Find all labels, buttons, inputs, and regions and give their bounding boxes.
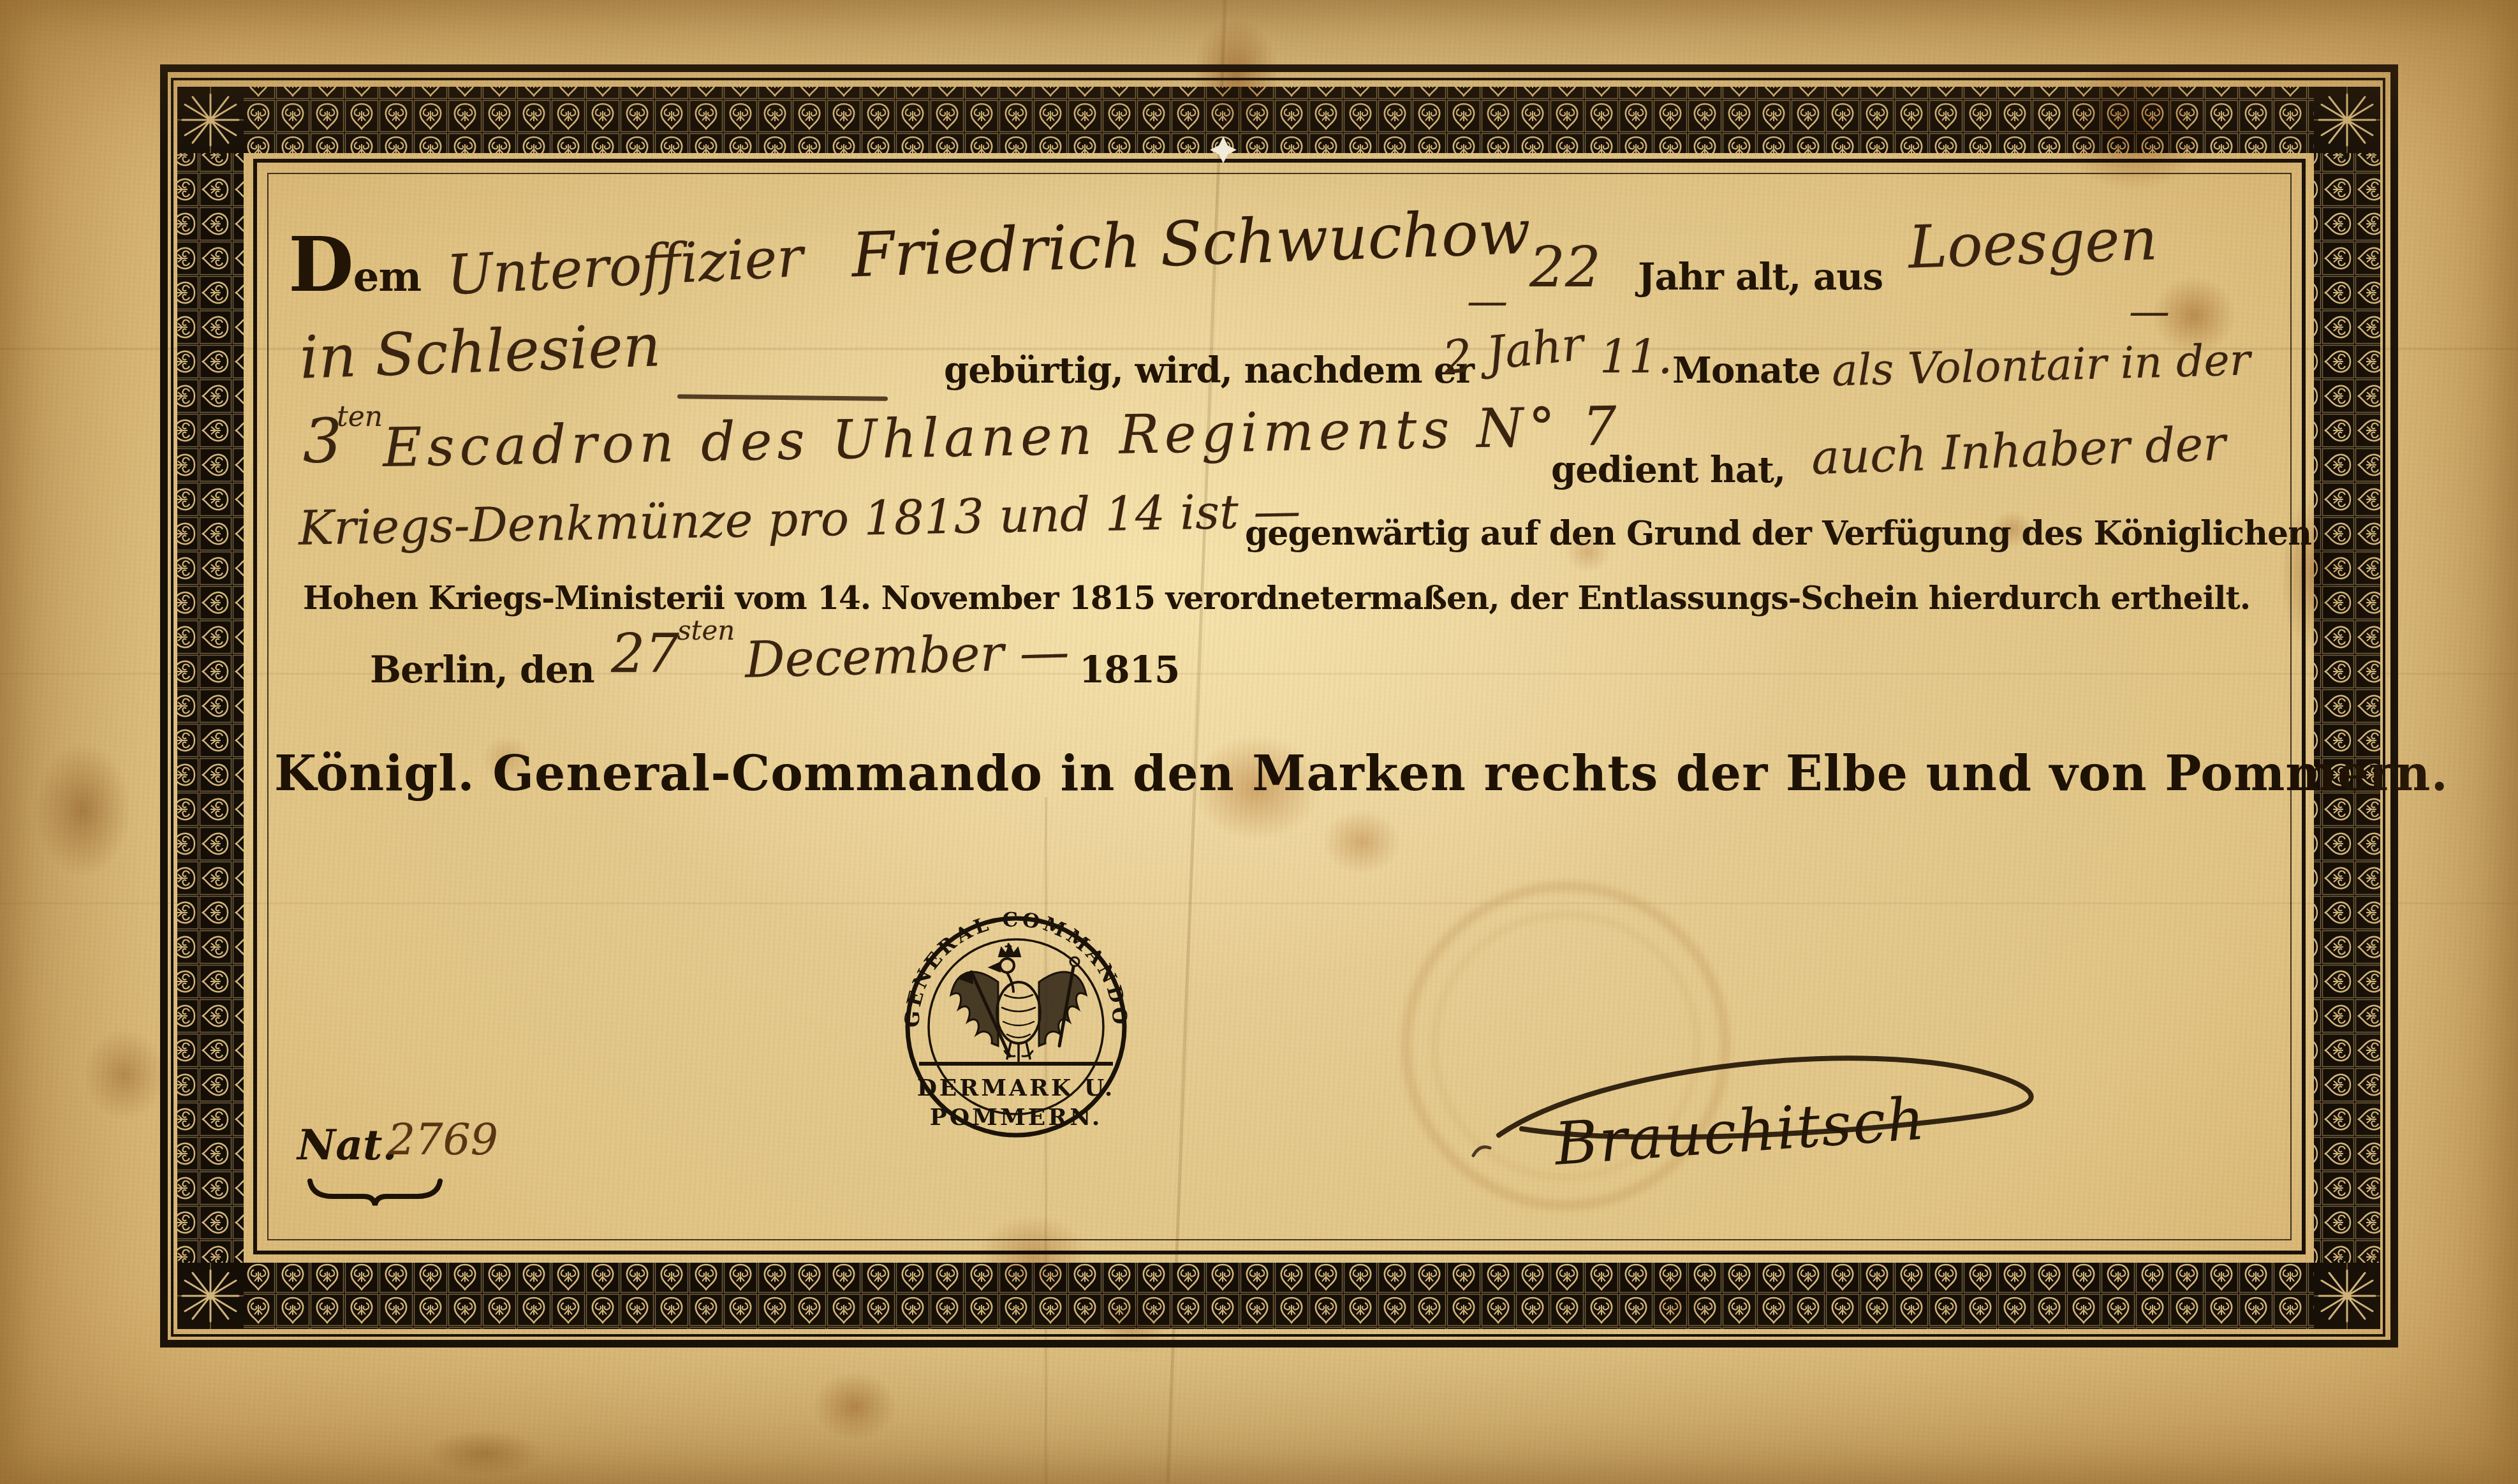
birthplace: Loesgen: [1907, 205, 2158, 282]
fill-dash-stroke: [677, 394, 888, 400]
service-years: 2 Jahr: [1440, 317, 1586, 385]
origin-region: in Schlesien: [298, 311, 661, 392]
unit-ordinal-suffix: ten: [337, 400, 383, 433]
scanned-discharge-certificate: GENERAL COMMANDO DERMARK U.: [0, 0, 2518, 1484]
place-label: Berlin, den: [370, 648, 594, 691]
nat-number: 2769: [388, 1115, 498, 1165]
nat-label: Nat.: [297, 1120, 397, 1170]
service-months: 11.: [1600, 330, 1673, 384]
decree-clause: gegenwärtig auf den Grund der Verfügung …: [1245, 514, 2311, 553]
name-dash: —: [1467, 278, 1508, 325]
age-label: Jahr alt, aus: [1638, 255, 1883, 298]
recipient-name: Friedrich Schwuchow: [850, 196, 1531, 291]
unit-designation: Escadron des Uhlanen Regiments N° 7: [382, 395, 1622, 479]
certificate-text: Dem Unteroffizier Friedrich Schwuchow — …: [0, 0, 2518, 1484]
unit-ordinal: 3: [303, 406, 342, 477]
rank-handwritten: Unteroffizier: [445, 225, 805, 307]
age-value: 22: [1529, 235, 1601, 300]
birthplace-dash: —: [2129, 288, 2170, 335]
date-day-suffix: sten: [677, 615, 735, 646]
salutation-dem: Dem: [288, 237, 421, 301]
months-label: Monate: [1672, 349, 1820, 392]
issuer-headline: Königl. General-Commando in den Marken r…: [274, 745, 2290, 802]
date-day: 27: [611, 622, 679, 685]
date-year: 1815: [1079, 648, 1179, 691]
volunteer-clause: als Volontair in der: [1831, 335, 2251, 396]
served-clause: gedient hat,: [1551, 449, 1785, 491]
medal-intro: auch Inhaber der: [1811, 416, 2227, 486]
born-clause: gebürtig, wird, nachdem er: [944, 349, 1474, 392]
date-month: December —: [744, 623, 1070, 689]
ministry-line: Hohen Kriegs-Ministerii vom 14. November…: [303, 579, 2250, 617]
medal-note: Kriegs-Denkmünze pro 1813 und 14 ist —: [298, 483, 1301, 555]
